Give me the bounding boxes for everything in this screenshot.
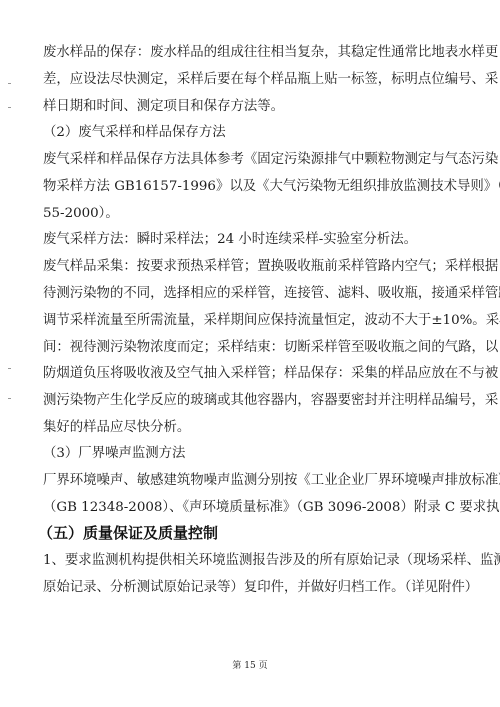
paragraph-line: 废气采样和样品保存方法具体参考《固定污染源排气中颗粒物测定与气态污染 — [43, 151, 459, 169]
paragraph-line: 差，应设法尽快测定，采样后要在每个样品瓶上贴一标签，标明点位编号、采 — [43, 71, 459, 89]
paragraph-line: 废气采样方法：瞬时采样法；24 小时连续采样-实验室分析法。 — [43, 231, 459, 249]
paragraph-line: 废水样品的保存：废水样品的组成往往相当复杂，其稳定性通常比地表水样更 — [43, 44, 459, 62]
section-heading: （五）质量保证及质量控制 — [38, 523, 218, 543]
margin-mark — [8, 107, 11, 108]
paragraph-line: 废气样品采集：按要求预热采样管；置换吸收瓶前采样管路内空气；采样根据 — [43, 258, 459, 276]
page-number: 第 15 页 — [0, 658, 500, 671]
paragraph-line: 物采样方法 GB16157-1996》以及《大气污染物无组织排放监测技术导则》（… — [43, 178, 459, 196]
paragraph-line: 原始记录、分析测试原始记录等）复印件，并做好归档工作。（详见附件） — [43, 579, 459, 597]
paragraph-line: （GB 12348-2008）、《声环境质量标准》（GB 3096-2008）附… — [43, 499, 459, 517]
paragraph-line: 测污染物产生化学反应的玻璃或其他容器内，容器要密封并注明样品编号，采 — [43, 392, 459, 410]
paragraph-line: 间：视待测污染物浓度而定；采样结束：切断采样管至吸收瓶之间的气路，以 — [43, 339, 459, 357]
paragraph-line: 防烟道负压将吸收液及空气抽入采样管；样品保存：采集的样品应放在不与被 — [43, 365, 459, 383]
paragraph-line: 样日期和时间、测定项目和保存方法等。 — [43, 98, 459, 116]
paragraph-line: 1、要求监测机构提供相关环境监测报告涉及的所有原始记录（现场采样、监测 — [43, 552, 459, 570]
margin-mark — [8, 83, 11, 84]
margin-mark — [8, 398, 11, 399]
document-page: 废水样品的保存：废水样品的组成往往相当复杂，其稳定性通常比地表水样更 差，应设法… — [0, 0, 500, 707]
subheading: （3）厂界噪声监测方法 — [43, 445, 459, 463]
paragraph-line: 待测污染物的不同，选择相应的采样管，连接管、滤料、吸收瓶，接通采样管路， — [43, 285, 459, 303]
margin-mark — [8, 368, 11, 369]
subheading: （2）废气采样和样品保存方法 — [43, 124, 459, 142]
paragraph-line: 55-2000）。 — [43, 205, 459, 223]
paragraph-line: 调节采样流量至所需流量，采样期间应保持流量恒定，波动不大于±10%。采样时 — [43, 312, 459, 330]
paragraph-line: 厂界环境噪声、敏感建筑物噪声监测分别按《工业企业厂界环境噪声排放标准》 — [43, 472, 459, 490]
paragraph-line: 集好的样品应尽快分析。 — [43, 419, 459, 437]
